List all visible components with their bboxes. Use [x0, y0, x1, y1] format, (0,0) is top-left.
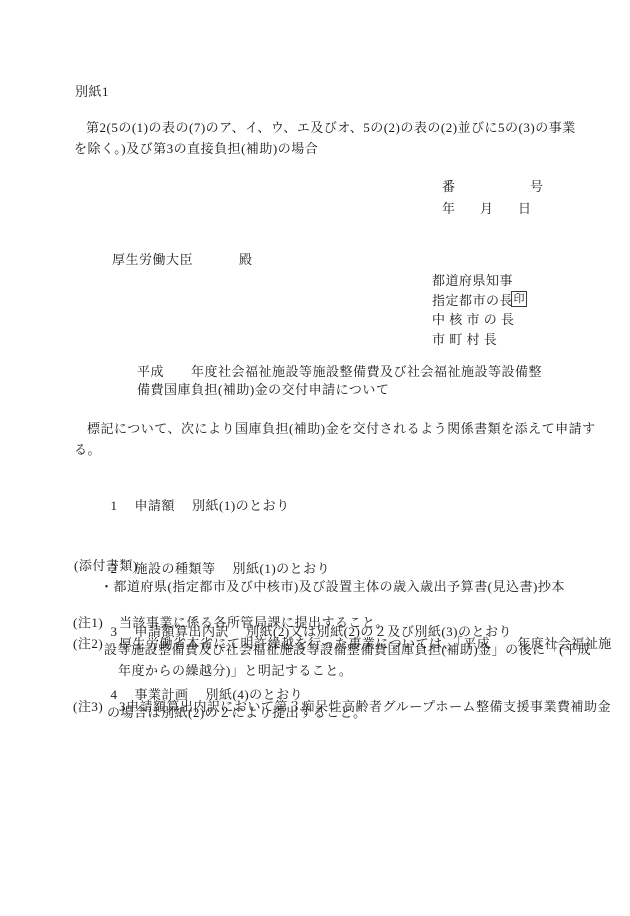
- item-number: 1: [111, 495, 135, 516]
- date-row-char-month: 月: [480, 198, 493, 217]
- senders-block: 都道府県知事 指定都市の長 中 核 市 の 長 市 町 村 長: [432, 271, 515, 349]
- date-row-char-year: 年: [442, 198, 455, 217]
- document-date-row: 年 月 日: [442, 198, 531, 217]
- sender-line-core-city-mayor: 中 核 市 の 長: [432, 310, 515, 330]
- body-line-2: る。: [74, 442, 101, 457]
- intro-line-2: を除く。)及び第3の直接負担(補助)の場合: [74, 141, 318, 156]
- document-number-row: 番 号: [442, 176, 543, 195]
- doc-title-line-1: 平成 年度社会福祉施設等施設整備費及び社会福祉施設等設備整: [137, 364, 542, 379]
- page-label: 別紙1: [75, 84, 109, 99]
- sender-line-governor: 都道府県知事: [432, 271, 515, 291]
- document-page: 別紙1 第2(5の(1)の表の(7)のア、イ、ウ、エ及びオ、5の(2)の表の(2…: [0, 0, 630, 916]
- number-row-char-go: 号: [530, 176, 543, 195]
- seal-mark: 印: [511, 291, 527, 307]
- addressee-honorific: 殿: [239, 252, 253, 267]
- number-row-char-ban: 番: [442, 176, 455, 195]
- item-label: 施設の種類等: [135, 561, 216, 576]
- note-2-text-line-2: 設等施設整備費及び社会福祉施設等設備整備費国庫負担(補助)金」の後に「(平成: [104, 642, 591, 657]
- body-line-1: 標記について、次により国庫負担(補助)金を交付されるよう関係書類を添えて申請す: [87, 421, 596, 436]
- sender-line-municipal-mayor: 市 町 村 長: [432, 330, 515, 350]
- item-value: 別紙(1)のとおり: [192, 498, 290, 513]
- list-item-1: 1申請額別紙(1)のとおり: [88, 474, 512, 537]
- item-value: 別紙(1)のとおり: [233, 561, 331, 576]
- attachments-heading: (添付書類): [74, 558, 138, 573]
- note-3-text-line-2: の場合は別紙(2)の２により提出すること。: [107, 705, 367, 720]
- note-2-text-line-3: 年度からの繰越分)」と明記すること。: [118, 663, 352, 678]
- addressee-line: 厚生労働大臣殿: [97, 237, 253, 282]
- sender-line-designated-city-mayor: 指定都市の長: [432, 291, 515, 311]
- doc-title-line-2: 備費国庫負担(補助)金の交付申請について: [137, 382, 389, 397]
- addressee-title: 厚生労働大臣: [112, 252, 193, 267]
- date-row-char-day: 日: [518, 198, 531, 217]
- intro-line-1: 第2(5の(1)の表の(7)のア、イ、ウ、エ及びオ、5の(2)の表の(2)並びに…: [86, 120, 576, 135]
- item-label: 申請額: [135, 498, 176, 513]
- attachments-bullet-item: ・都道府県(指定都市及び中核市)及び設置主体の歳入歳出予算書(見込書)抄本: [100, 579, 565, 594]
